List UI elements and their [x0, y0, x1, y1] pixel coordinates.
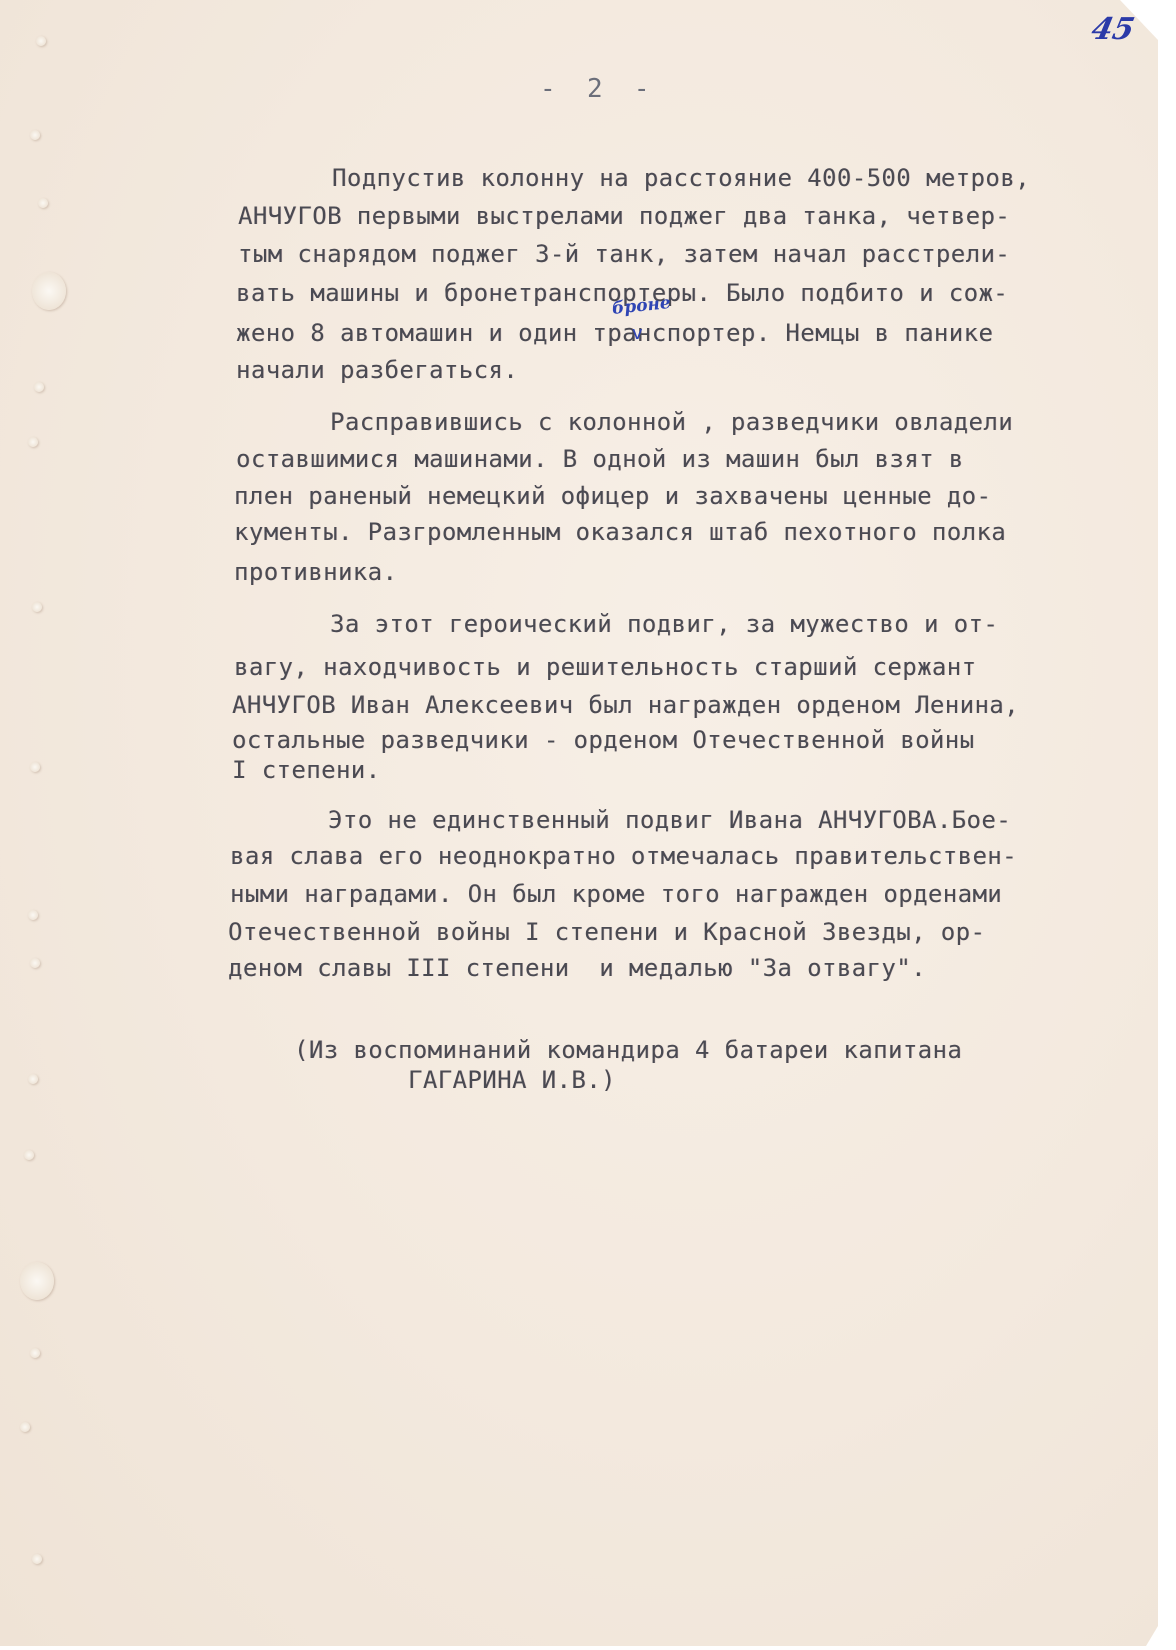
binder-hole	[20, 1262, 54, 1300]
text-line: ными наградами. Он был кроме того награж…	[230, 882, 1002, 906]
text-line: начали разбегаться.	[236, 358, 518, 382]
text-line: За этот героический подвиг, за мужество …	[330, 612, 998, 636]
text-line: оставшимися машинами. В одной из машин б…	[236, 447, 964, 471]
text-line: АНЧУГОВ Иван Алексеевич был награжден ор…	[232, 693, 1019, 717]
text-line: Отечественной войны I степени и Красной …	[228, 920, 985, 944]
binder-hole	[24, 1150, 34, 1160]
text-line: противника.	[234, 560, 397, 584]
binder-hole	[20, 1422, 30, 1432]
binder-hole	[36, 36, 46, 46]
page-number: - 2 -	[540, 74, 650, 104]
binder-hole	[30, 762, 40, 772]
binder-hole	[30, 958, 40, 968]
binder-hole	[28, 1074, 38, 1084]
text-line: Это не единственный подвиг Ивана АНЧУГОВ…	[328, 808, 1011, 832]
binder-hole	[32, 272, 66, 310]
text-line: вая слава его неоднократно отмечалась пр…	[230, 844, 1017, 868]
text-line: остальные разведчики - орденом Отечестве…	[232, 728, 974, 752]
text-line: тым снарядом поджег 3-й танк, затем нача…	[238, 242, 1010, 266]
text-line: вагу, находчивость и решительность старш…	[234, 655, 976, 679]
text-line: Подпустив колонну на расстояние 400-500 …	[332, 166, 1030, 190]
binder-hole	[30, 130, 40, 140]
document-page: 45 - 2 - Подпустив колонну на расстояние…	[0, 0, 1158, 1646]
text-line: Расправившись с колонной , разведчики ов…	[330, 410, 1013, 434]
binder-hole	[38, 198, 48, 208]
text-line: I степени.	[232, 758, 381, 782]
binder-hole	[28, 910, 38, 920]
binder-hole	[34, 382, 44, 392]
binder-hole	[28, 437, 38, 447]
binder-hole	[30, 1348, 40, 1358]
text-line: кументы. Разгромленным оказался штаб пех…	[234, 520, 1006, 544]
text-line: жено 8 автомашин и один транспортер. Нем…	[236, 321, 993, 345]
text-line: АНЧУГОВ первыми выстрелами поджег два та…	[238, 204, 1010, 228]
binder-hole	[32, 1554, 42, 1564]
text-line: деном славы III степени и медалью "За от…	[228, 956, 926, 980]
citation-line: ГАГАРИНА И.В.)	[408, 1068, 616, 1092]
citation-line: (Из воспоминаний командира 4 батареи кап…	[294, 1038, 962, 1062]
archive-page-number: 45	[1088, 12, 1137, 47]
text-line: плен раненый немецкий офицер и захвачены…	[234, 484, 991, 508]
insertion-caret-mark: v	[632, 323, 643, 344]
binder-hole	[32, 602, 42, 612]
